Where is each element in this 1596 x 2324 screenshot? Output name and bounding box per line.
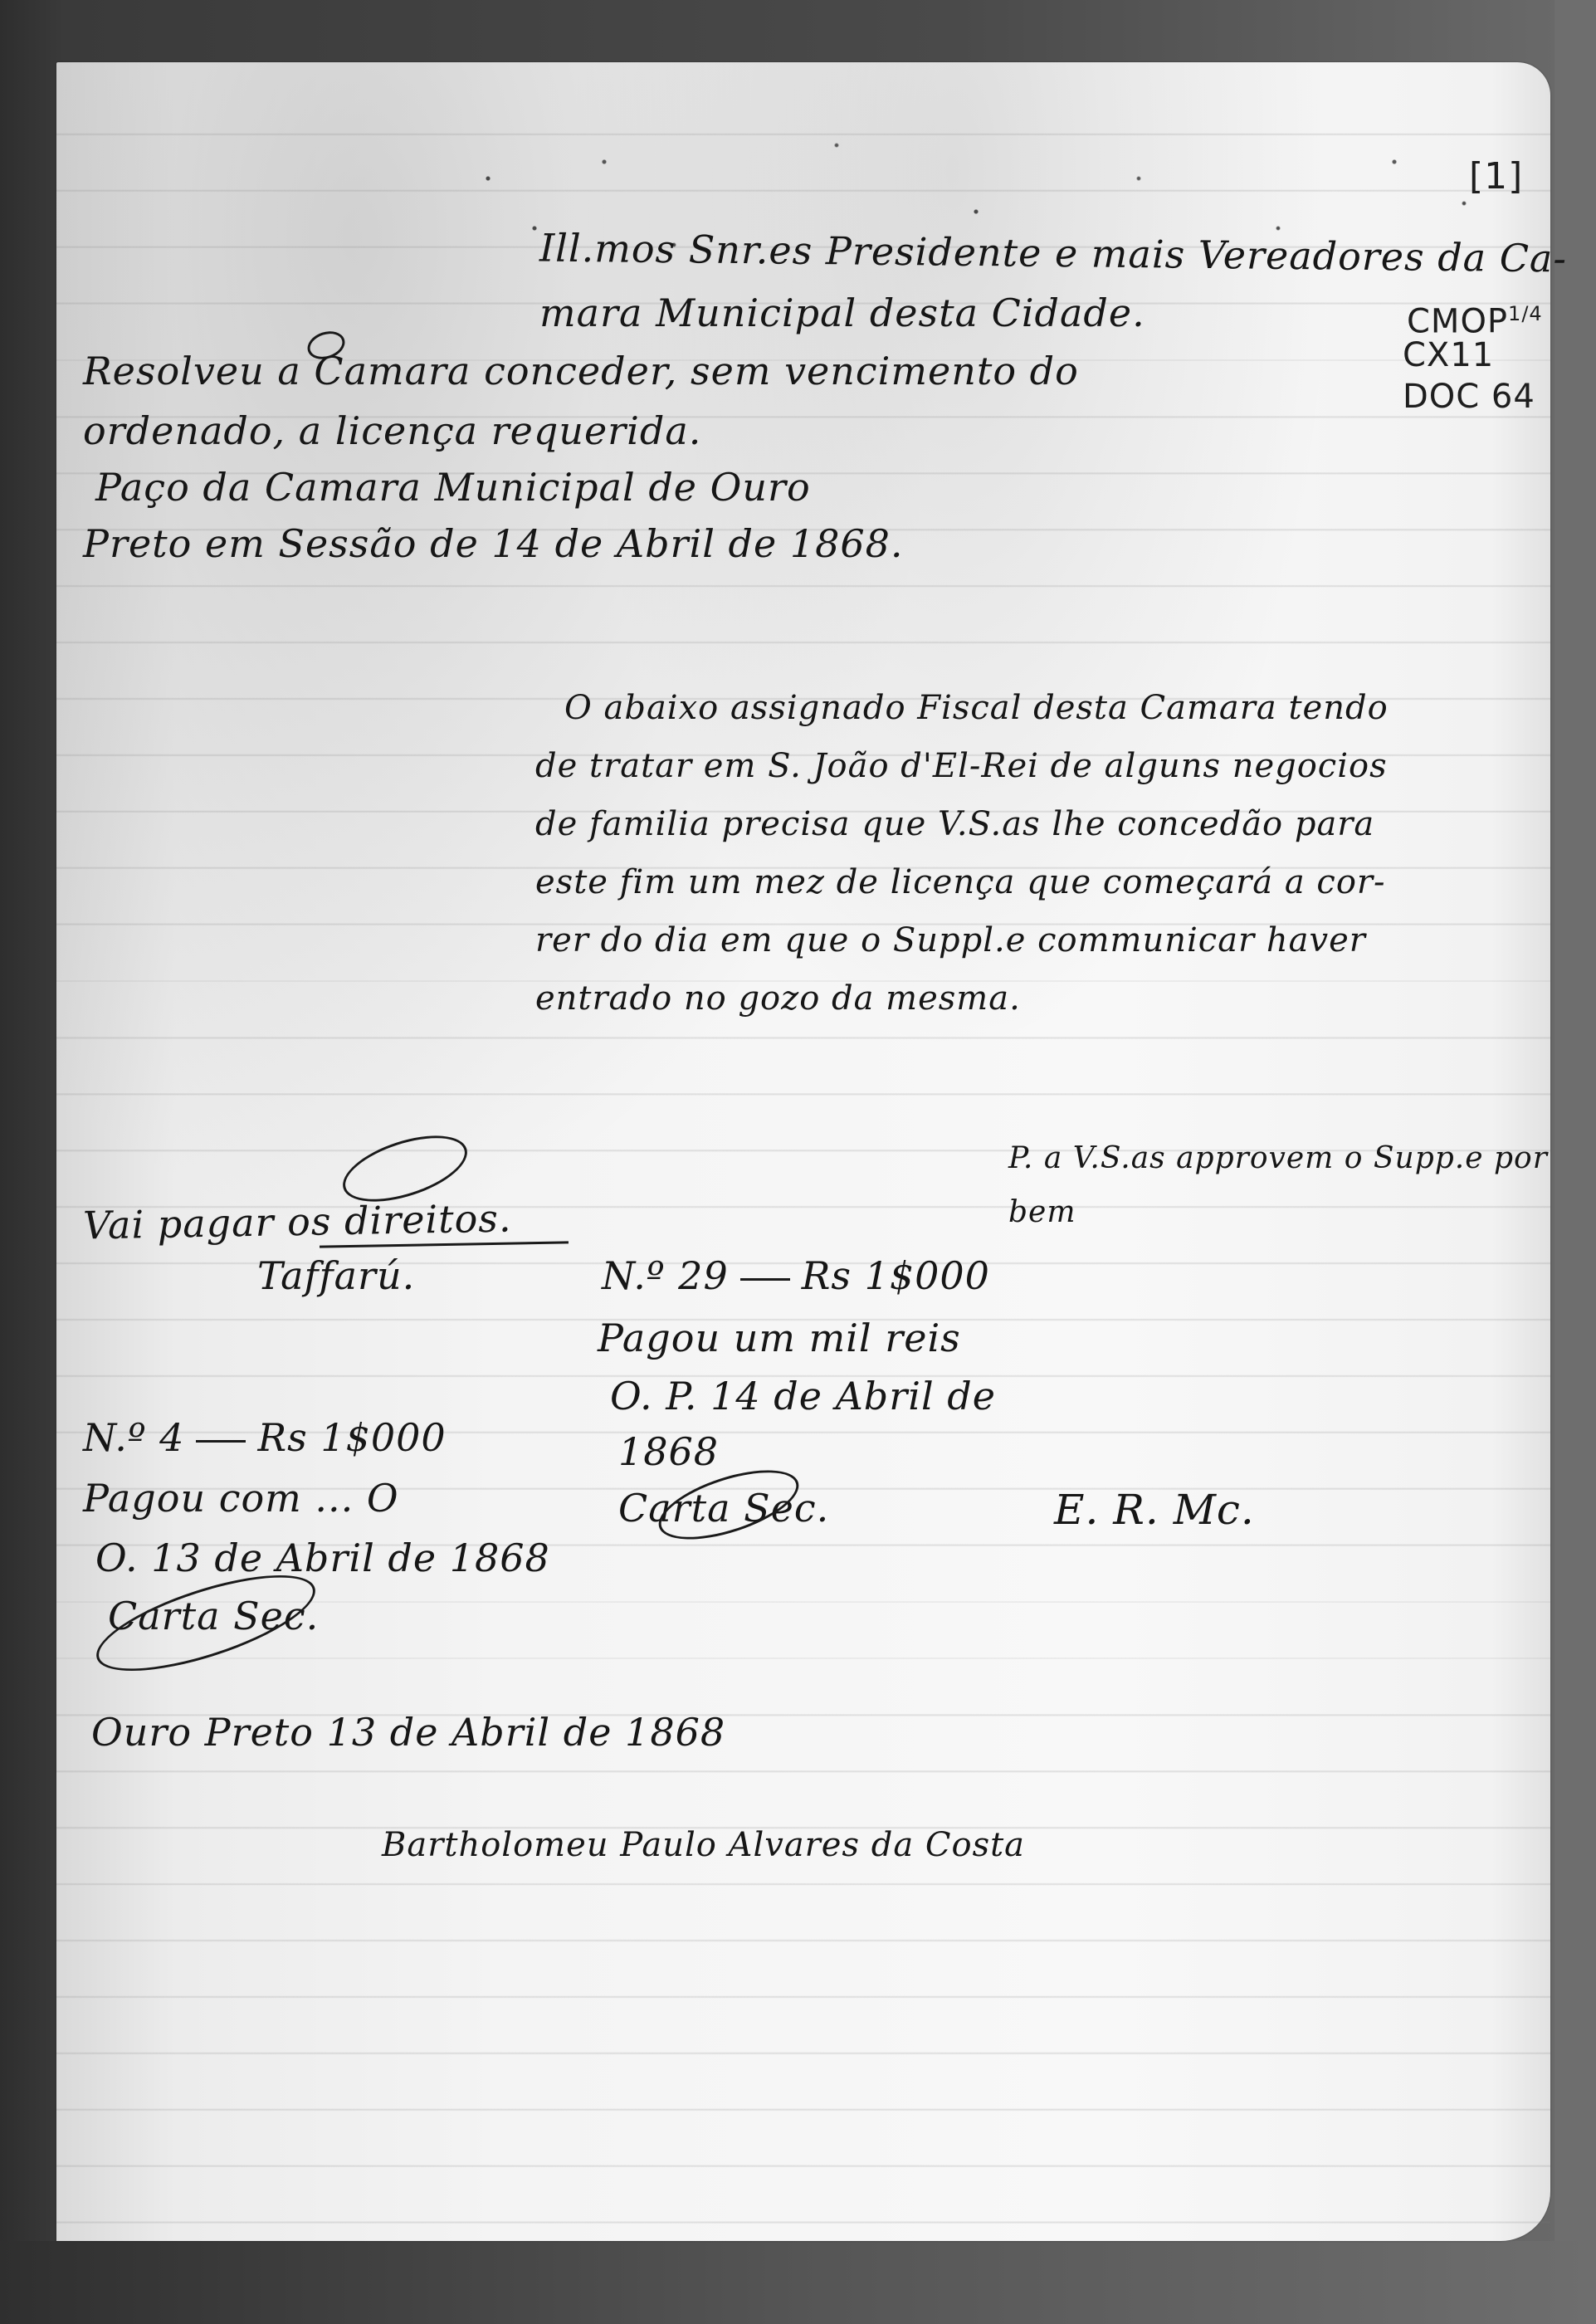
payment-2-line-2: O. 13 de Abril de 1868 [95, 1535, 550, 1580]
payment-1-line-2: O. P. 14 de Abril de [610, 1374, 996, 1418]
annotation-left-line-1: Vai pagar os direitos. [83, 1195, 512, 1247]
payment-2-header: N.º 4Rs 1$000 [83, 1415, 447, 1460]
petition-line-6: entrado no gozo da mesma. [535, 979, 1021, 1018]
annotation-right-line-1: P. a V.S.as approvem o Supp.e por [1008, 1141, 1548, 1175]
folio-number: [1] [1469, 158, 1523, 196]
box-code: CX11 [1403, 336, 1494, 374]
scanner-background-bottom [0, 2241, 1596, 2324]
payment-1-line-1: Pagou um mil reis [598, 1316, 961, 1360]
closing-signature: Bartholomeu Paulo Alvares da Costa [382, 1826, 1025, 1864]
payment-1-number: N.º 29 [602, 1253, 729, 1298]
dispatch-line-2: ordenado, a licença requerida. [83, 408, 701, 453]
collection-code: CMOP1/4 [1407, 295, 1543, 340]
petition-line-1: O abaixo assignado Fiscal desta Camara t… [564, 689, 1389, 727]
petition-line-3: de familia precisa que V.S.as lhe conced… [535, 805, 1374, 843]
payment-2-line-1: Pagou com ... O [83, 1476, 399, 1521]
document-code: DOC 64 [1403, 378, 1535, 416]
separator [740, 1278, 790, 1281]
payment-1-line-3: 1868 [618, 1429, 719, 1474]
dispatch-line-1: Resolveu a Camara conceder, sem vencimen… [83, 349, 1079, 393]
petition-line-2: de tratar em S. João d'El-Rei de alguns … [535, 747, 1388, 785]
dispatch-line-4: Preto em Sessão de 14 de Abril de 1868. [83, 521, 904, 566]
dispatch-line-3: Paço da Camara Municipal de Ouro [95, 465, 811, 510]
mark-right: E. R. Mc. [1054, 1486, 1255, 1534]
collection-code-fraction: 1/4 [1508, 302, 1543, 325]
payment-2-amount: Rs 1$000 [257, 1415, 446, 1460]
scanner-background-right [1555, 0, 1596, 2324]
payment-1-header: N.º 29Rs 1$000 [602, 1253, 990, 1298]
payment-2-number: N.º 4 [83, 1415, 184, 1460]
petition-line-5: rer do dia em que o Suppl.e communicar h… [535, 921, 1366, 959]
annotation-right-line-2: bem [1008, 1195, 1076, 1229]
payment-1-amount: Rs 1$000 [802, 1253, 990, 1298]
closing-place-date: Ouro Preto 13 de Abril de 1868 [91, 1710, 725, 1755]
address-line-2: mara Municipal desta Cidade. [539, 290, 1145, 335]
annotation-left-line-2: Taffarú. [257, 1253, 415, 1298]
collection-code-text: CMOP [1407, 302, 1508, 340]
separator [196, 1440, 246, 1443]
petition-line-4: este fim um mez de licença que começará … [535, 863, 1386, 901]
